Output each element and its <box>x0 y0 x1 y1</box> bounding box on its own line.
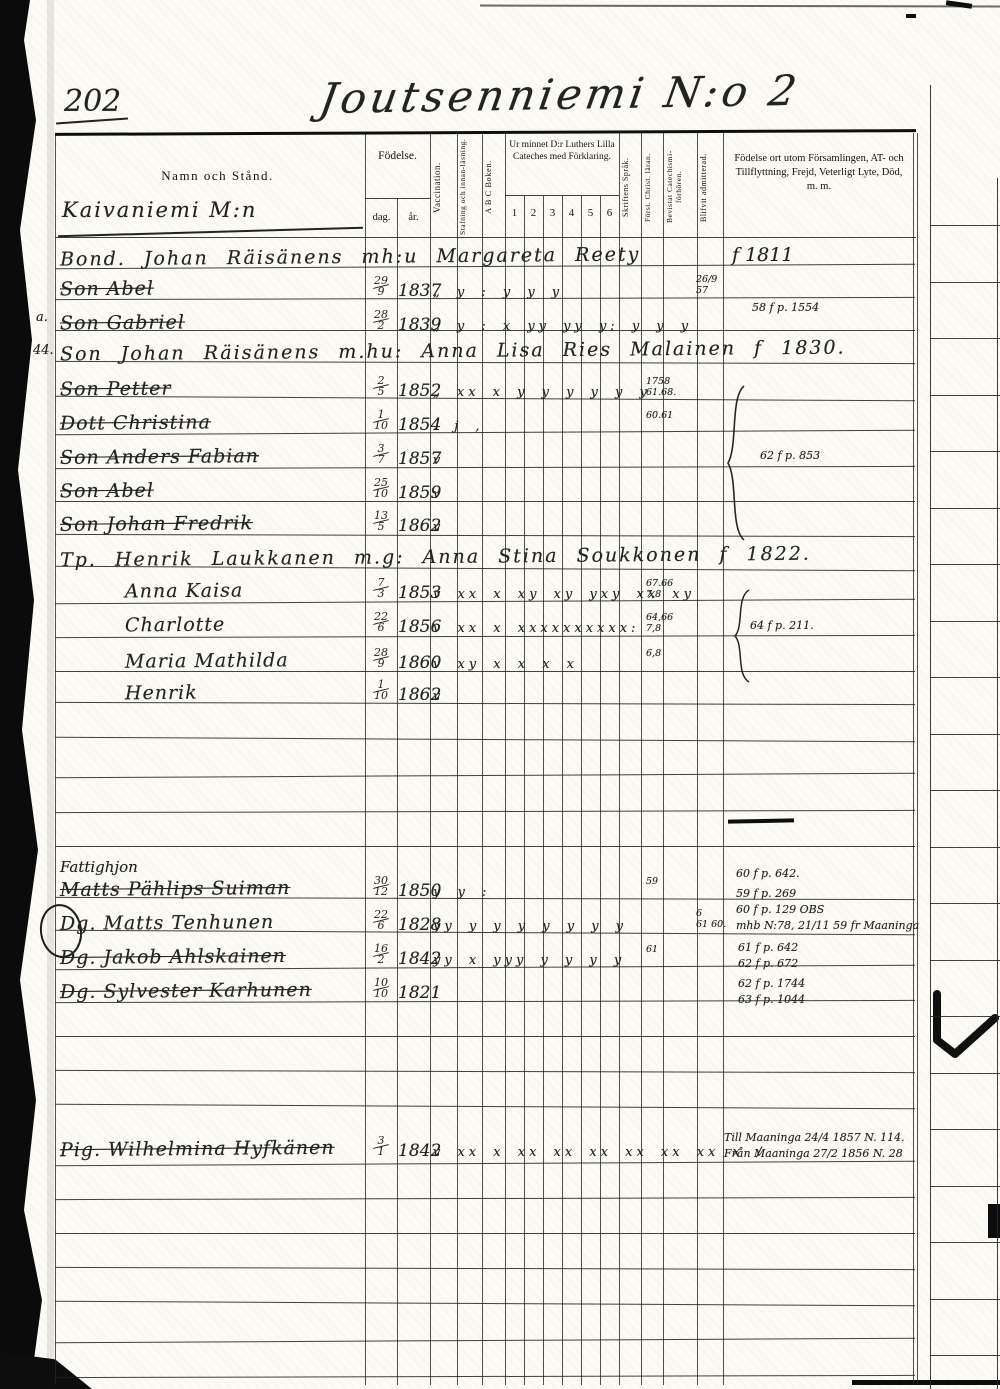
scan-speck <box>988 1204 1000 1238</box>
page-number: 202 <box>64 84 121 119</box>
name-entry: Son Johan Räisänens m.hu: Anna Lisa Ries… <box>60 337 846 366</box>
col-header-catechism-1: 1 <box>505 207 524 219</box>
name-entry: Maria Mathilda <box>125 649 289 672</box>
reading-marks: yy x yyy y y y y <box>433 953 625 968</box>
exam-note: 64,66 7,8 <box>646 612 673 634</box>
exam-note: 67.66 7,8 <box>646 578 673 600</box>
birth-day: 289 <box>366 648 396 669</box>
name-entry: Dg. Jakob Ahlskainen <box>60 945 286 969</box>
catechism-subheader-rule <box>505 195 619 196</box>
name-entry: Son Abel <box>60 278 154 301</box>
gutter-row-rule <box>930 734 1000 735</box>
reading-marks: v <box>433 689 444 704</box>
grid-vline <box>543 196 544 1385</box>
group-brace <box>724 384 750 542</box>
reading-marks: . j , <box>433 419 484 434</box>
gutter-row-rule <box>930 1355 1000 1356</box>
col-header-catechism-3: 3 <box>543 207 562 219</box>
scan-speck <box>946 0 972 9</box>
reading-marks: „ y : y y y <box>433 285 563 300</box>
grid-vline <box>917 133 918 1385</box>
name-entry: Pig. Wilhelmina Hyfkänen <box>60 1137 335 1161</box>
margin-note: 62 f p. 1744 63 f p. 1044 <box>738 976 805 1008</box>
reading-marks: v <box>433 453 444 468</box>
gutter-row-rule <box>930 395 1000 396</box>
reading-marks: yy y y y y y y y <box>433 919 627 934</box>
margin-note: f 1811 <box>732 244 793 266</box>
birth-day: 226 <box>366 910 396 931</box>
row-rule <box>55 1070 915 1073</box>
col-header-notes: Födelse ort utom Församlingen, AT- och T… <box>732 152 906 194</box>
col-header-catechism: Ur minnet D:r Luthers Lilla Cateches med… <box>507 139 617 163</box>
gutter-row-rule <box>930 790 1000 791</box>
scan-line-bottom <box>852 1380 1000 1385</box>
exam-note: 26/9 57 <box>696 274 717 296</box>
gutter-row-rule <box>930 1299 1000 1300</box>
margin-note: Till Maaninga 24/4 1857 N. 114. Från Maa… <box>724 1130 905 1162</box>
reading-marks: v xx x xxxxxxxxxx: <box>433 621 639 636</box>
row-rule <box>55 1301 915 1307</box>
paper-edge-shadow <box>47 0 54 1389</box>
row-rule <box>55 737 915 743</box>
grid-vline <box>581 196 582 1385</box>
gutter-row-rule <box>930 564 1000 565</box>
gutter-row-rule <box>930 338 1000 339</box>
gutter-row-rule <box>930 508 1000 509</box>
margin-note: 58 f p. 1554 <box>752 300 819 316</box>
gutter-row-rule <box>930 1242 1000 1243</box>
name-entry: Dg. Matts Tenhunen <box>60 911 274 935</box>
margin-note: 62 f p. 853 <box>760 448 820 464</box>
district-note: Kaivaniemi M:n <box>62 198 257 222</box>
reading-marks: v xx x xx xx xx xx xx xx x / <box>433 1145 765 1160</box>
margin-note: 60 f p. 642. <box>736 866 800 882</box>
row-rule <box>55 501 915 502</box>
row-rule <box>55 773 915 779</box>
margin-note: 64 f p. 211. <box>750 618 814 634</box>
col-header-name: Namn och Stånd. <box>75 168 360 184</box>
birth-subheader-rule <box>365 198 430 199</box>
name-entry: Tp. Henrik Laukkanen m.g: Anna Stina Sou… <box>60 543 811 572</box>
reading-marks: „ y : x yy yy y: y y y <box>433 319 692 334</box>
reading-marks: v <box>433 520 444 535</box>
exam-note: 61 <box>646 944 658 955</box>
name-entry: Son Abel <box>60 480 154 503</box>
col-header-catechism-6: 6 <box>600 207 619 219</box>
gutter-vline <box>997 178 998 1389</box>
exam-note: 6,8 <box>646 648 661 659</box>
name-entry: Dg. Sylvester Karhunen <box>60 979 312 1003</box>
col-header-catechism-exams: Bevistat Catechismi-förhören. <box>665 138 696 236</box>
name-entry: Son Anders Fabian <box>60 445 259 469</box>
margin-note: 59 f p. 269 60 f p. 129 OBS mhb N:78, 21… <box>736 886 919 934</box>
col-header-birth: Födelse. <box>366 150 429 162</box>
grid-vline <box>397 198 398 1385</box>
reading-marks: y y : <box>433 885 490 900</box>
col-header-catechism-4: 4 <box>562 207 581 219</box>
table-top-border <box>55 129 916 136</box>
col-header-scripture: Skriftens Språk. <box>621 140 640 235</box>
ink-mark <box>925 990 1000 1064</box>
scan-line-top <box>480 5 1000 8</box>
exam-note: 59 <box>646 876 658 887</box>
row-rule <box>55 1375 915 1378</box>
row-rule <box>55 1338 915 1344</box>
reading-marks: v xy x x x x <box>433 657 578 672</box>
birth-day: 25 <box>366 376 396 397</box>
exam-note: 6 61 60. <box>696 908 726 930</box>
gutter-row-rule <box>930 1073 1000 1074</box>
header-bottom-rule <box>55 237 916 238</box>
row-rule <box>55 1267 915 1270</box>
gutter-row-rule <box>930 225 1000 226</box>
grid-vline <box>524 196 525 1385</box>
name-entry: Matts Pählips Suiman <box>60 877 291 901</box>
birth-day: 110 <box>366 410 396 431</box>
birth-day: 282 <box>366 310 396 331</box>
birth-day: 31 <box>366 1136 396 1157</box>
name-entry: Son Petter <box>60 378 172 401</box>
name-entry: Henrik <box>125 682 198 705</box>
birth-day: 1010 <box>366 978 396 999</box>
margin-note: 61 f p. 642 62 f p. 672 <box>738 940 798 972</box>
name-entry: Anna Kaisa <box>125 579 243 602</box>
exam-note: 1758 61.68. <box>646 376 676 398</box>
birth-day: 3012 <box>366 876 396 897</box>
name-entry: Charlotte <box>125 614 225 637</box>
gutter-row-rule <box>930 1186 1000 1187</box>
name-entry: Son Gabriel <box>60 311 185 334</box>
grid-vline <box>55 133 56 1385</box>
gutter-row-rule <box>930 1129 1000 1130</box>
gutter-row-rule <box>930 677 1000 678</box>
scan-speck <box>906 14 916 18</box>
birth-day: 37 <box>366 444 396 465</box>
col-header-abc-book: A B C Boken. <box>483 140 504 235</box>
gutter-row-rule <box>930 960 1000 961</box>
grid-vline <box>562 196 563 1385</box>
gutter-row-rule <box>930 621 1000 622</box>
grid-vline <box>600 196 601 1385</box>
gutter-row-rule <box>930 847 1000 848</box>
exam-note: 60.61 <box>646 410 673 421</box>
reading-marks: „ xx x y y y y y y <box>433 385 651 400</box>
section-label: Fattighjon <box>60 858 138 876</box>
row-rule <box>55 1197 915 1200</box>
gutter-row-rule <box>930 282 1000 283</box>
birth-day: 2510 <box>366 478 396 499</box>
ink-dash <box>728 818 794 823</box>
birth-year: 1821 <box>398 983 441 1003</box>
birth-day: 110 <box>366 680 396 701</box>
col-header-catechism-5: 5 <box>581 207 600 219</box>
col-header-vaccination: Vaccination. <box>432 140 456 235</box>
district-note-underline <box>58 227 363 238</box>
col-header-birth-year: år. <box>398 212 429 223</box>
row-rule <box>55 1104 915 1110</box>
birth-day: 162 <box>366 944 396 965</box>
scan-border-left <box>0 0 46 1389</box>
birth-day: 299 <box>366 276 396 297</box>
birth-day: 73 <box>366 578 396 599</box>
birth-day: 135 <box>366 511 396 532</box>
reading-marks: v <box>433 487 444 502</box>
page-title: Joutsenniemi N:o 2 <box>295 65 824 123</box>
gutter-row-rule <box>930 903 1000 904</box>
name-entry: Son Johan Fredrik <box>60 512 253 536</box>
name-entry: Dott Christina <box>60 411 211 434</box>
row-rule <box>55 846 915 847</box>
gutter-row-rule <box>930 1016 1000 1017</box>
col-header-spelling: Stafning och innan-läsning. <box>458 138 481 236</box>
col-header-admitted: Blifvit admitterad. <box>699 140 722 235</box>
col-header-catechism-2: 2 <box>524 207 543 219</box>
birth-day: 226 <box>366 612 396 633</box>
col-header-christian-doctrine: Först. Christ. läran. <box>643 140 662 235</box>
col-header-birth-day: dag. <box>366 212 397 223</box>
row-rule <box>55 1233 915 1234</box>
gutter-row-rule <box>930 451 1000 452</box>
row-rule <box>55 810 915 813</box>
gutter-vline <box>930 85 931 1389</box>
scan-blotch-bottom-left <box>0 1352 92 1389</box>
scanned-church-record-page: 202 Joutsenniemi N:o 2 Namn och Stånd. F… <box>0 0 1000 1389</box>
row-rule <box>55 1036 915 1037</box>
